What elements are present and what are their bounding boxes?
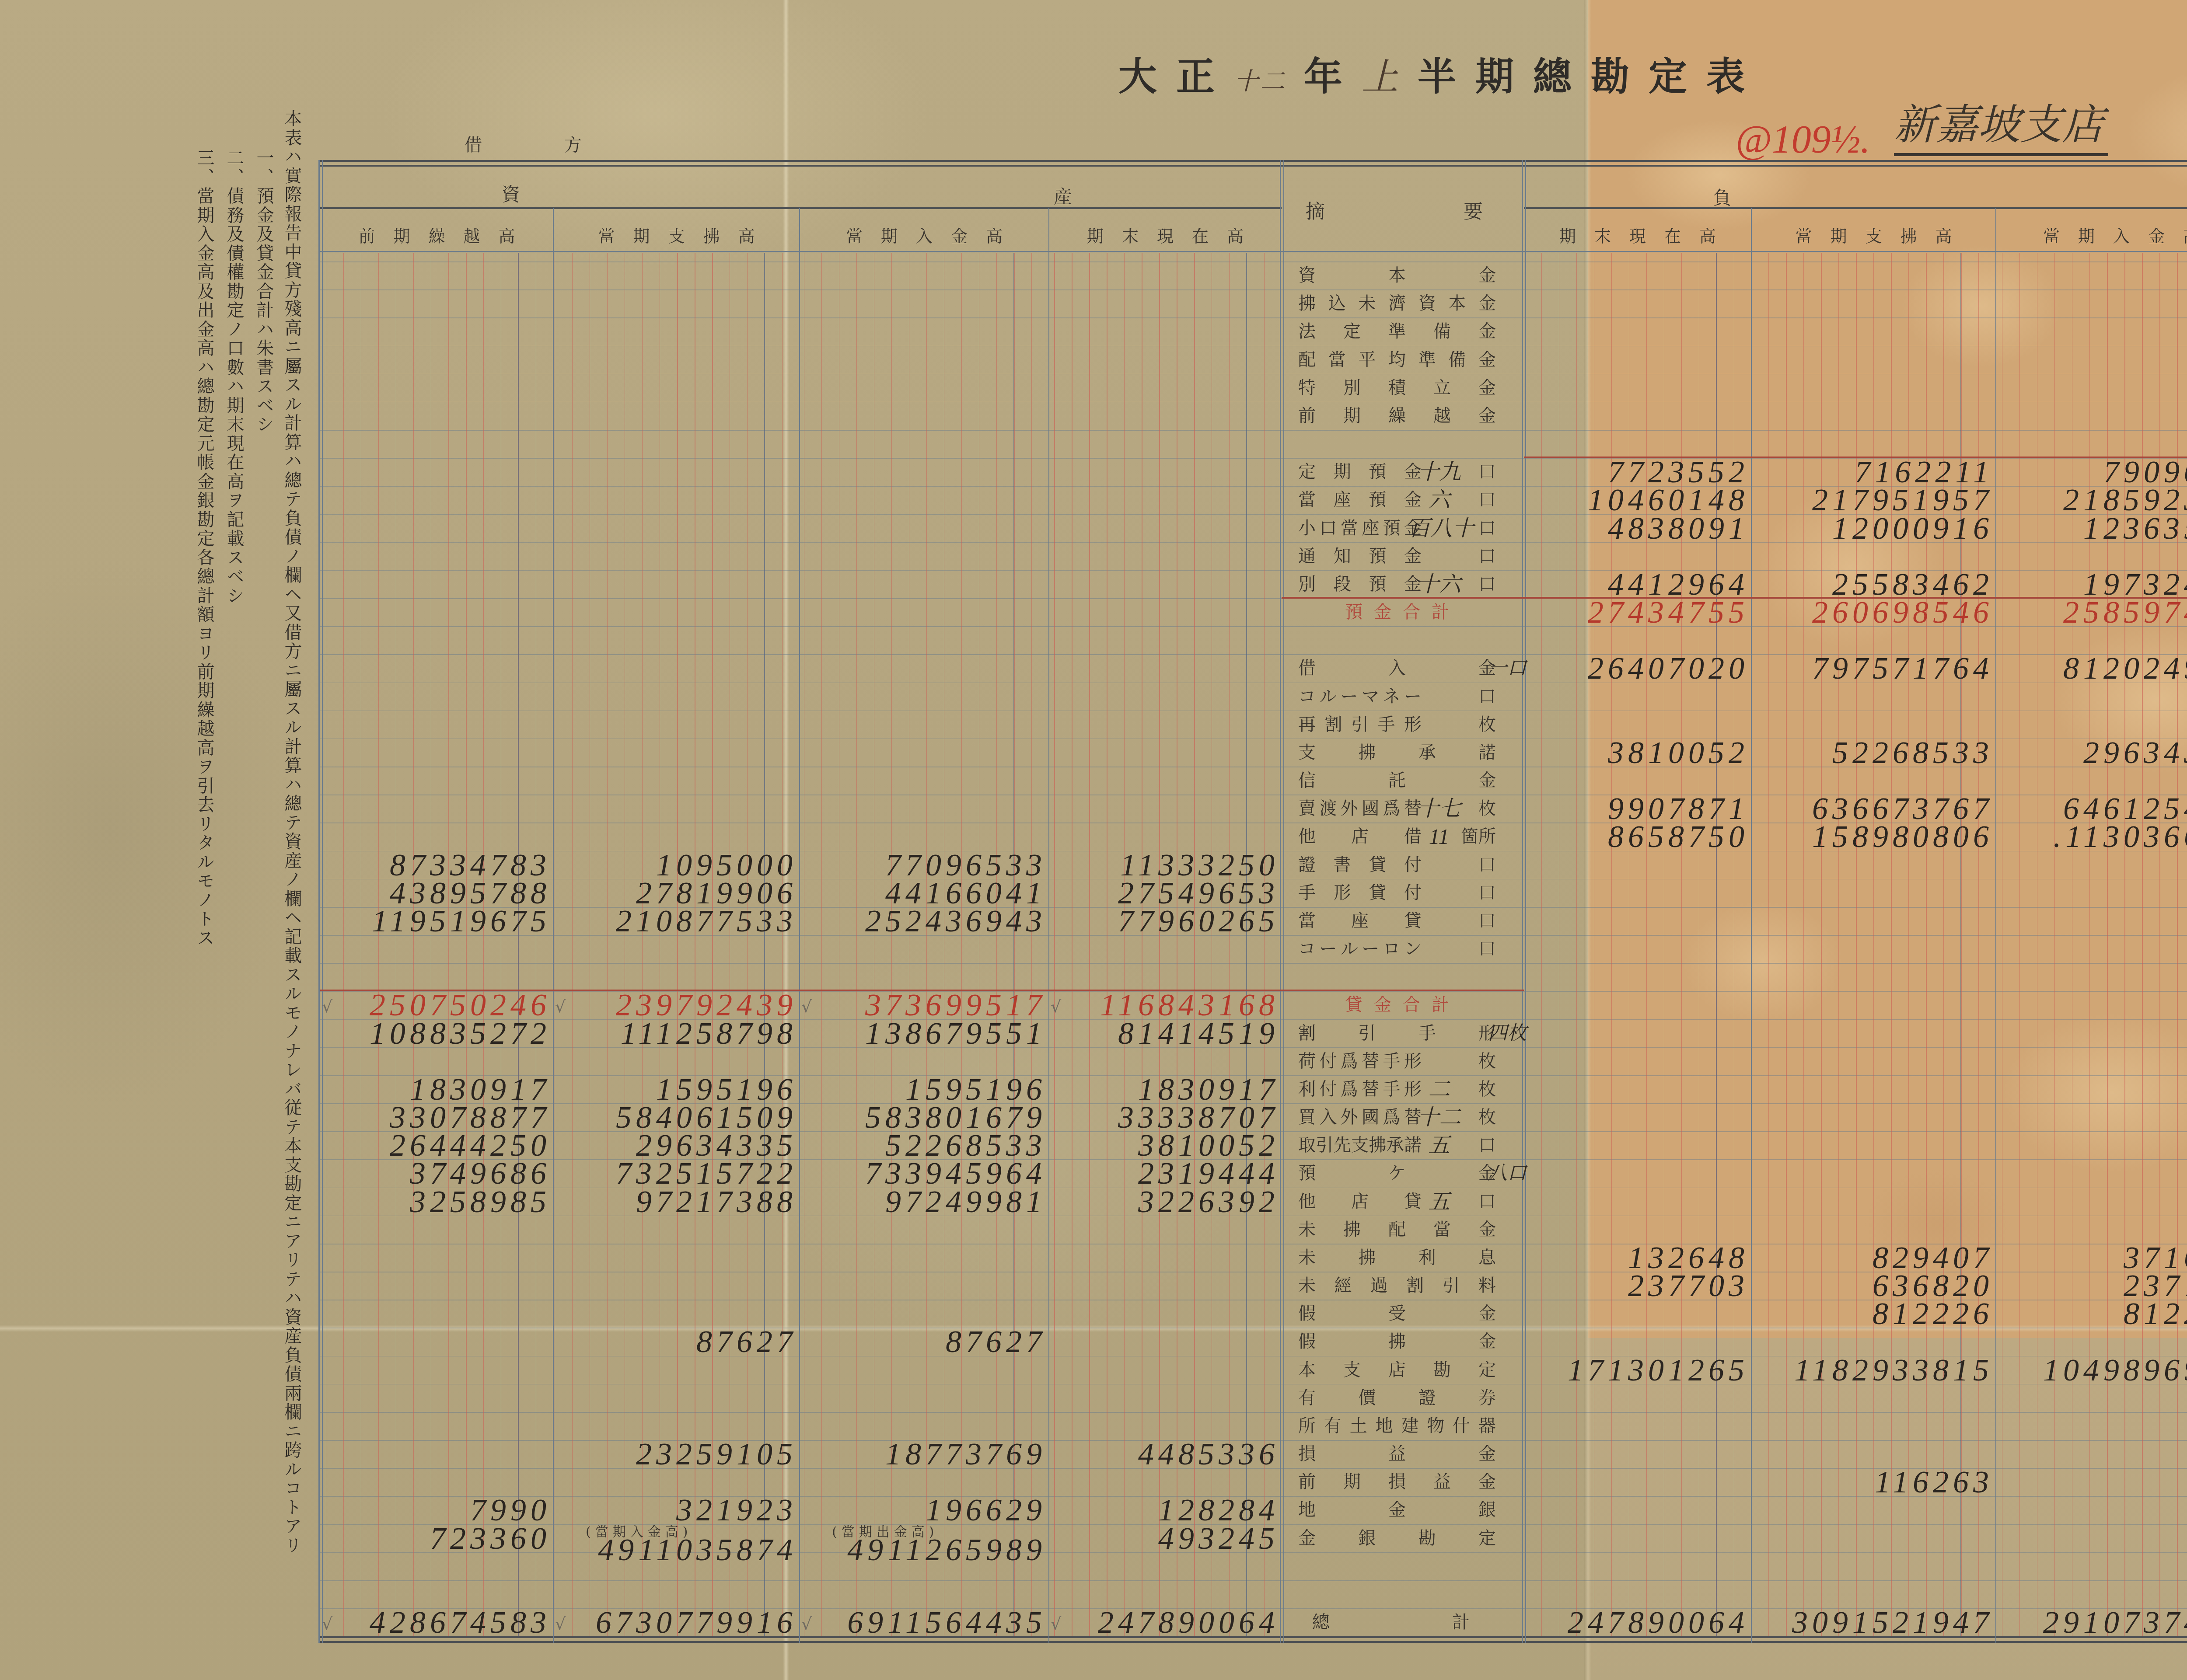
amount-value: 812226: [1873, 1300, 1993, 1328]
credit-current-payments-cell: [1751, 907, 1996, 935]
label-char: 銀: [1358, 1524, 1376, 1552]
debit-brought-forward-cell: 33078877: [320, 1103, 553, 1131]
label-char: 取: [1298, 1131, 1316, 1159]
account-label: 總計: [1282, 1608, 1524, 1636]
label-char: 金: [1478, 289, 1496, 317]
amount-value: 9907871: [1608, 795, 1749, 823]
label-char: 國: [1362, 795, 1379, 823]
account-label: 取引先支拂承諾 五 口: [1282, 1131, 1524, 1159]
debit-brought-forward-cell: [320, 711, 553, 739]
debit-current-payments-cell: [553, 683, 800, 711]
account-label: 前期繰越金: [1282, 402, 1524, 430]
account-label: 未經過割引料: [1282, 1272, 1524, 1300]
credit-period-end-balance-cell: [1524, 1047, 1751, 1075]
handwritten-count: [1408, 1244, 1470, 1272]
debit-current-receipts-cell: [800, 626, 1049, 654]
amount-value: 732515722: [616, 1159, 797, 1187]
label-char: 配: [1298, 346, 1316, 374]
label-char: 入: [1319, 1103, 1337, 1131]
debit-period-end-balance-cell: [1049, 935, 1282, 963]
section-divider-debit: [320, 207, 1282, 209]
account-name: 證書貸付: [1298, 851, 1422, 879]
label-char: 金: [1478, 346, 1496, 374]
label-char: 金: [1478, 317, 1496, 345]
debit-current-receipts-cell: 373699517√: [800, 991, 1049, 1019]
label-char: 外: [1341, 795, 1358, 823]
debit-current-receipts-cell: 196629: [800, 1496, 1049, 1524]
count-unit: 口: [1478, 1131, 1496, 1159]
title-half-handwritten: 上: [1362, 57, 1418, 98]
label-char: 濟: [1388, 289, 1406, 317]
label-char: 金: [1478, 374, 1496, 402]
credit-current-payments-cell: 636673767: [1751, 795, 1996, 823]
credit-current-payments-cell: 52268533: [1751, 739, 1996, 767]
debit-current-payments-cell: 27819906: [553, 879, 800, 907]
amount-value: 1595196: [656, 1075, 797, 1103]
amount-value: 158980806: [1812, 823, 1993, 850]
debit-current-receipts-cell: [800, 683, 1049, 711]
amount-value: .113036680: [2053, 823, 2187, 850]
title-prefix: 大正: [1118, 53, 1234, 99]
credit-current-payments-cell: [1751, 374, 1996, 402]
label-char: 外: [1341, 1103, 1358, 1131]
margin-note: 八口: [1488, 1159, 1527, 1187]
ledger-row: 假受金 812226 812226: [0, 1300, 2187, 1328]
label-char: 過: [1370, 1272, 1388, 1300]
label-char: 本: [1388, 261, 1406, 289]
label-char: 貸: [1369, 851, 1386, 879]
debit-current-payments-cell: [553, 374, 800, 402]
credit-current-receipts-cell: [1996, 767, 2187, 795]
account-label: 前期損益金: [1282, 1468, 1524, 1496]
debit-period-end-balance-cell: 27549653: [1049, 879, 1282, 907]
ledger-row: [0, 626, 2187, 654]
credit-current-receipts-cell: [1996, 626, 2187, 654]
label-char: 再: [1298, 711, 1316, 739]
handwritten-count: [1408, 402, 1470, 430]
debit-current-payments-cell: [553, 1300, 800, 1328]
label-char: 付: [1319, 1047, 1337, 1075]
amount-value: 258597420: [2063, 598, 2187, 626]
credit-period-end-balance-cell: [1524, 1580, 1751, 1608]
credit-period-end-balance-cell: [1524, 430, 1751, 458]
label-char: 器: [1478, 1412, 1496, 1440]
label-char: 込: [1328, 289, 1346, 317]
credit-current-payments-cell: [1751, 1075, 1996, 1103]
label-char: 料: [1478, 1272, 1496, 1300]
amount-value: 43895788: [390, 879, 551, 907]
title-year-handwritten: 十二: [1234, 68, 1286, 95]
amount-value: 7990: [470, 1496, 551, 1524]
account-name: 當座預金: [1298, 486, 1422, 514]
account-label: 通知預金 口: [1282, 542, 1524, 570]
label-char: 別: [1298, 570, 1316, 598]
debit-period-end-balance-cell: [1049, 430, 1282, 458]
label-char: 金: [1478, 402, 1496, 430]
handwritten-count: [1408, 1412, 1470, 1440]
credit-period-end-balance-cell: [1524, 1328, 1751, 1356]
credit-current-payments-cell: [1751, 1412, 1996, 1440]
credit-current-receipts-cell: 1049896996: [1996, 1356, 2187, 1384]
debit-current-payments-cell: [553, 486, 800, 514]
label-char: 配: [1388, 1216, 1406, 1244]
debit-period-end-balance-cell: [1049, 1272, 1282, 1300]
ledger-row: 通知預金 口: [0, 542, 2187, 570]
amount-value: 6730779916: [596, 1608, 797, 1636]
debit-brought-forward-cell: 428674583√: [320, 1608, 553, 1636]
debit-current-payments-cell: [553, 1552, 800, 1580]
handwritten-count: [1408, 739, 1470, 767]
label-char: 店: [1351, 823, 1369, 850]
count-unit: 口: [1478, 851, 1496, 879]
debit-period-end-balance-cell: [1049, 711, 1282, 739]
credit-current-payments-cell: [1751, 935, 1996, 963]
credit-current-receipts-cell: [1996, 430, 2187, 458]
label-char: 證: [1298, 851, 1316, 879]
credit-current-receipts-cell: [1996, 317, 2187, 345]
credit-current-payments-cell: [1751, 963, 1996, 991]
credit-col-current-payments: 當期支拂高: [1751, 222, 1996, 250]
debit-brought-forward-cell: [320, 1552, 553, 1580]
debit-current-payments-cell: 321923: [553, 1496, 800, 1524]
credit-current-receipts-cell: [1996, 402, 2187, 430]
amount-value: 52268533: [885, 1131, 1046, 1159]
account-label: [1282, 963, 1524, 991]
top-double-rule: [320, 165, 2187, 167]
debit-current-receipts-cell: [800, 654, 1049, 682]
ledger-row: 再割引手形 枚: [0, 711, 2187, 739]
debit-current-payments-cell: [553, 1356, 800, 1384]
credit-current-receipts-cell: [1996, 1580, 2187, 1608]
debit-current-payments-cell: 111258798: [553, 1019, 800, 1047]
debit-period-end-balance-cell: 11333250: [1049, 851, 1282, 879]
debit-current-payments-cell: [553, 1384, 800, 1412]
debit-brought-forward-cell: [320, 1468, 553, 1496]
label-char: 引: [1358, 1019, 1376, 1047]
debit-current-payments-cell: [553, 1580, 800, 1608]
debit-current-payments-cell: 87627: [553, 1328, 800, 1356]
account-label: 地金銀: [1282, 1496, 1524, 1524]
debit-current-receipts-cell: [800, 739, 1049, 767]
label-char: 別: [1343, 374, 1361, 402]
debit-current-payments-cell: [553, 430, 800, 458]
ledger-row: 別段預金 十六 口 4412964 25583462 19732441 1026…: [0, 570, 2187, 598]
label-char: 資: [1298, 261, 1316, 289]
credit-current-payments-cell: [1751, 1440, 1996, 1468]
handwritten-count: [1408, 1356, 1470, 1384]
debit-period-end-balance-cell: [1049, 1356, 1282, 1384]
debit-current-receipts-cell: [800, 374, 1049, 402]
debit-current-receipts-cell: 52268533: [800, 1131, 1049, 1159]
credit-current-receipts-cell: [1996, 963, 2187, 991]
label-char: 爲: [1383, 795, 1401, 823]
debit-current-payments-cell: [553, 514, 800, 542]
debit-current-receipts-cell: [800, 1300, 1049, 1328]
credit-period-end-balance-cell: [1524, 346, 1751, 374]
account-label: 別段預金 十六 口: [1282, 570, 1524, 598]
label-char: 割: [1325, 711, 1342, 739]
label-char: 積: [1388, 374, 1406, 402]
credit-current-payments-cell: [1751, 683, 1996, 711]
handwritten-count: 六: [1408, 486, 1470, 514]
credit-current-receipts-cell: [1996, 1075, 2187, 1103]
debit-current-receipts-cell: [800, 1356, 1049, 1384]
handwritten-count: [1408, 1047, 1470, 1075]
handwritten-count: [1408, 1328, 1470, 1356]
debit-current-receipts-cell: 583801679: [800, 1103, 1049, 1131]
debit-current-receipts-cell: [800, 1216, 1049, 1244]
credit-current-payments-cell: 1182933815: [1751, 1356, 1996, 1384]
account-label: 未拂配當金: [1282, 1216, 1524, 1244]
credit-period-end-balance-cell: 8658750: [1524, 823, 1751, 850]
debit-period-end-balance-cell: [1049, 1552, 1282, 1580]
credit-col-period-end-balance: 期末現在高: [1524, 222, 1751, 250]
debit-period-end-balance-cell: 493245: [1049, 1524, 1282, 1552]
ledger-row: 所有土地建物什器: [0, 1412, 2187, 1440]
label-char: 益: [1388, 1440, 1406, 1468]
credit-col-current-receipts: 當期入金高: [1996, 222, 2187, 250]
debit-period-end-balance-cell: [1049, 1384, 1282, 1412]
amount-value: 171301265: [1568, 1356, 1749, 1384]
debit-current-receipts-cell: [800, 1244, 1049, 1272]
count-unit: 枚: [1478, 1047, 1496, 1075]
label-char: コ: [1298, 683, 1316, 711]
cell-sublabel: (當期入金高): [586, 1523, 692, 1541]
label-char: 期: [1343, 1468, 1361, 1496]
account-label: 買入外國爲替 十二 枚: [1282, 1103, 1524, 1131]
account-name: 荷付爲替手形: [1298, 1047, 1422, 1075]
label-char: 座: [1351, 907, 1369, 935]
debit-current-receipts-cell: [800, 1552, 1049, 1580]
debit-period-end-balance-cell: 128284: [1049, 1496, 1282, 1524]
debit-current-payments-cell: [553, 1244, 800, 1272]
debit-brought-forward-cell: [320, 261, 553, 289]
account-name: 取引先支拂承諾: [1298, 1131, 1422, 1159]
account-name: 別段預金: [1298, 570, 1422, 598]
credit-current-payments-cell: 25583462: [1751, 570, 1996, 598]
account-label: 假拂金: [1282, 1328, 1524, 1356]
amount-value: 812024934: [2063, 654, 2187, 682]
debit-brought-forward-cell: 250750246√: [320, 991, 553, 1019]
label-char: 諾: [1478, 739, 1496, 767]
label-char: 他: [1298, 1188, 1316, 1216]
amount-value: 636673767: [1812, 795, 1993, 823]
debit-current-receipts-cell: [800, 1047, 1049, 1075]
debit-period-end-balance-cell: [1049, 542, 1282, 570]
handwritten-count: [1408, 683, 1470, 711]
credit-period-end-balance-cell: 26407020: [1524, 654, 1751, 682]
credit-current-payments-cell: [1751, 1216, 1996, 1244]
label-char: 引: [1316, 1131, 1333, 1159]
count-unit: 口: [1478, 879, 1496, 907]
label-char: 支: [1343, 1356, 1361, 1384]
label-char: 預: [1369, 542, 1386, 570]
label-char: 承: [1387, 1131, 1404, 1159]
label-char: 均: [1388, 346, 1406, 374]
label-char: 手: [1383, 1075, 1401, 1103]
label-char: ー: [1341, 683, 1358, 711]
debit-current-receipts-cell: [800, 598, 1049, 626]
account-name: 利付爲替手形: [1298, 1075, 1422, 1103]
debit-current-receipts-cell: 87627: [800, 1328, 1049, 1356]
account-label: コールーロン 口: [1282, 935, 1524, 963]
label-char: 預: [1298, 1159, 1316, 1187]
account-name: コールーロン: [1298, 935, 1422, 963]
assets-header-char: 資: [502, 180, 520, 206]
credit-current-payments-cell: [1751, 879, 1996, 907]
count-unit: 口: [1478, 542, 1496, 570]
credit-current-receipts-cell: [1996, 1188, 2187, 1216]
debit-current-payments-cell: 4911035874(當期入金高): [553, 1524, 800, 1552]
debit-brought-forward-cell: [320, 739, 553, 767]
debit-period-end-balance-cell: [1049, 1328, 1282, 1356]
label-char: 未: [1358, 289, 1376, 317]
handwritten-count: 百八十: [1408, 514, 1470, 542]
ledger-row: コルーマネー 口: [0, 683, 2187, 711]
label-char: 總: [1312, 1608, 1330, 1636]
label-char: 金: [1478, 1468, 1496, 1496]
debit-brought-forward-cell: 43895788: [320, 879, 553, 907]
label-char: 息: [1478, 1244, 1496, 1272]
label-char: 期: [1334, 458, 1351, 486]
debit-period-end-balance-cell: 2319444: [1049, 1159, 1282, 1187]
ledger-row: 信託金: [0, 767, 2187, 795]
debit-brought-forward-cell: [320, 430, 553, 458]
amount-value: 81414519: [1118, 1019, 1279, 1047]
label-char: 小: [1298, 514, 1316, 542]
amount-value: 10460148: [1588, 486, 1749, 514]
debit-current-payments-cell: [553, 935, 800, 963]
account-label: 配當平均準備金: [1282, 346, 1524, 374]
header-bottom-rule: [320, 251, 2187, 252]
credit-current-payments-cell: 636820: [1751, 1272, 1996, 1300]
credit-current-payments-cell: 12000916: [1751, 514, 1996, 542]
credit-current-receipts-cell: 371675: [1996, 1244, 2187, 1272]
debit-brought-forward-cell: [320, 598, 553, 626]
credit-current-receipts-cell: [1996, 1047, 2187, 1075]
debit-brought-forward-cell: 119519675: [320, 907, 553, 935]
credit-period-end-balance-cell: 3810052: [1524, 739, 1751, 767]
handwritten-count: [1408, 542, 1470, 570]
label-char: 金: [1298, 1524, 1316, 1552]
handwritten-count: 二: [1408, 1075, 1470, 1103]
debit-col-current-receipts: 當期入金高: [800, 222, 1049, 250]
debit-period-end-balance-cell: [1049, 1580, 1282, 1608]
section-divider-credit: [1524, 207, 2187, 209]
debit-period-end-balance-cell: [1049, 598, 1282, 626]
account-label: 拂込未濟資本金: [1282, 289, 1524, 317]
handwritten-count: [1408, 317, 1470, 345]
label-char: 借: [1298, 654, 1316, 682]
check-mark: √: [801, 993, 812, 1021]
credit-current-payments-cell: 217951957: [1751, 486, 1996, 514]
debit-current-receipts-cell: [800, 1384, 1049, 1412]
ledger-row: 7990 321923 196629 128284 地金銀: [0, 1496, 2187, 1524]
label-char: 期: [1343, 402, 1361, 430]
amount-value: 239792439: [616, 991, 797, 1019]
debit-current-payments-cell: [553, 1047, 800, 1075]
debit-period-end-balance-cell: [1049, 346, 1282, 374]
amount-value: 3810052: [1138, 1131, 1279, 1159]
check-mark: √: [801, 1610, 812, 1638]
amount-value: 252436943: [865, 907, 1046, 935]
debit-brought-forward-cell: [320, 767, 553, 795]
credit-period-end-balance-cell: [1524, 851, 1751, 879]
label-char: 先: [1334, 1131, 1351, 1159]
handwritten-count: [1408, 1580, 1470, 1608]
debit-current-receipts-cell: [800, 1272, 1049, 1300]
debit-brought-forward-cell: [320, 570, 553, 598]
debit-brought-forward-cell: 3749686: [320, 1159, 553, 1187]
amount-value: 116843168: [1100, 991, 1279, 1019]
label-char: 地: [1298, 1496, 1316, 1524]
debit-current-payments-cell: [553, 570, 800, 598]
credit-period-end-balance-cell: [1524, 711, 1751, 739]
label-char: 替: [1362, 1047, 1379, 1075]
account-label: 本支店勘定: [1282, 1356, 1524, 1384]
label-char: ル: [1341, 935, 1358, 963]
account-label: コルーマネー 口: [1282, 683, 1524, 711]
handwritten-count: [1408, 289, 1470, 317]
amount-value: 108835272: [370, 1019, 551, 1047]
account-label: 割引手形 四枚: [1282, 1019, 1524, 1047]
debit-brought-forward-cell: [320, 1356, 553, 1384]
credit-current-receipts-cell: [1996, 289, 2187, 317]
ledger-row: 當座預金 六 口 10460148 217951957 218592363 78…: [0, 486, 2187, 514]
credit-current-receipts-cell: [1996, 542, 2187, 570]
count-unit: 口: [1478, 514, 1496, 542]
label-char: 假: [1298, 1300, 1316, 1328]
assets-header-char: 産: [1054, 183, 1072, 209]
amount-value: 3258985: [410, 1188, 551, 1216]
amount-value: 247890064: [1098, 1608, 1279, 1636]
ledger-row: [0, 430, 2187, 458]
credit-current-payments-cell: [1751, 346, 1996, 374]
label-char: 定: [1298, 458, 1316, 486]
credit-current-payments-cell: [1751, 851, 1996, 879]
amount-value: 7909084: [2103, 458, 2187, 486]
account-label: 預金合計: [1282, 598, 1524, 626]
debit-current-payments-cell: [553, 1216, 800, 1244]
amount-value: 77960265: [1118, 907, 1279, 935]
credit-period-end-balance-cell: [1524, 261, 1751, 289]
count-unit: 口: [1478, 458, 1496, 486]
credit-current-payments-cell: [1751, 1103, 1996, 1131]
debit-col-period-end-balance: 期末現在高: [1049, 222, 1282, 250]
label-char: 銀: [1478, 1496, 1496, 1524]
label-char: 未: [1298, 1272, 1316, 1300]
label-char: 未: [1298, 1216, 1316, 1244]
account-name: 再割引手形: [1298, 711, 1422, 739]
ledger-row: 未經過割引料 237703 636820 237703 636820: [0, 1272, 2187, 1300]
amount-value: 237703: [1628, 1272, 1749, 1300]
label-char: 拂: [1358, 739, 1376, 767]
account-label: [1282, 1552, 1524, 1580]
label-char: 拂: [1343, 1216, 1361, 1244]
amount-value: 19732441: [2083, 570, 2187, 598]
credit-current-payments-cell: 3091521947: [1751, 1608, 1996, 1636]
credit-current-receipts-cell: 218592363: [1996, 486, 2187, 514]
label-char: 摘: [1306, 196, 1325, 224]
ledger-row: 未拂利息 132648 829407 371675 590380: [0, 1244, 2187, 1272]
credit-current-payments-cell: [1751, 1580, 1996, 1608]
label-char: 預: [1369, 486, 1386, 514]
credit-period-end-balance-cell: [1524, 374, 1751, 402]
ledger-row: コールーロン 口: [0, 935, 2187, 963]
debit-current-receipts-cell: [800, 346, 1049, 374]
label-char: 入: [1388, 654, 1406, 682]
credit-current-receipts-cell: [1996, 1103, 2187, 1131]
